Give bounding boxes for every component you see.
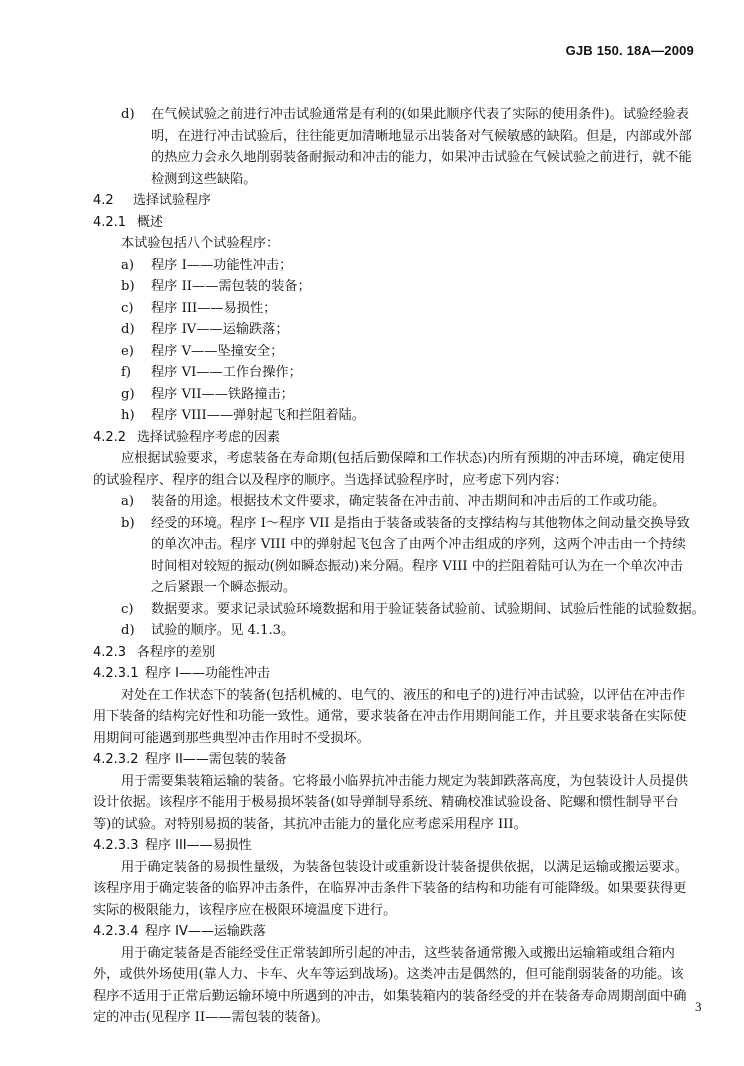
section-heading-4-2-3-3: 4.2.3.3程序 III——易损性 bbox=[93, 835, 699, 857]
item-label: g) bbox=[121, 384, 151, 406]
procedure-list: a)程序 I——功能性冲击； b)程序 II——需包装的装备； c)程序 III… bbox=[93, 255, 699, 427]
item-text: 程序 III——易损性； bbox=[151, 301, 276, 316]
section-title: 各程序的差别 bbox=[137, 645, 215, 660]
section-heading-4-2-3: 4.2.3各程序的差别 bbox=[93, 642, 699, 664]
list-item: h)程序 VIII——弹射起飞和拦阻着陆。 bbox=[93, 405, 699, 427]
section-heading-4-2-3-2: 4.2.3.2程序 II——需包装的装备 bbox=[93, 749, 699, 771]
section-heading-4-2-2: 4.2.2选择试验程序考虑的因素 bbox=[93, 427, 699, 449]
section-heading-4-2-3-4: 4.2.3.4程序 IV——运输跌落 bbox=[93, 921, 699, 943]
list-item: g)程序 VII——铁路撞击； bbox=[93, 384, 699, 406]
paragraph-text: 用期间可能遇到那些典型冲击作用时不受损坏。 bbox=[93, 728, 699, 750]
item-label: d) bbox=[121, 620, 151, 642]
list-item: e)程序 V——坠撞安全； bbox=[93, 341, 699, 363]
paragraph-text: 用下装备的结构完好性和功能一致性。通常，要求装备在冲击作用期间能工作，并且要求装… bbox=[93, 706, 699, 728]
paragraph-text: 该程序用于确定装备的临界冲击条件，在临界冲击条件下装备的结构和功能有可能降级。如… bbox=[93, 878, 699, 900]
item-text: 检测到这些缺陷。 bbox=[93, 169, 699, 191]
paragraph-text: 用于需要集装箱运输的装备。它将最小临界抗冲击能力规定为装卸跌落高度，为包装设计人… bbox=[93, 771, 699, 793]
page-number: 3 bbox=[695, 999, 702, 1015]
paragraph-text: 本试验包括八个试验程序： bbox=[93, 233, 699, 255]
item-label: a) bbox=[121, 255, 151, 277]
list-item: d)程序 IV——运输跌落； bbox=[93, 319, 699, 341]
section-title: 程序 II——需包装的装备 bbox=[145, 752, 287, 767]
item-text: 程序 II——需包装的装备； bbox=[151, 279, 311, 294]
section-number: 4.2.3.3 bbox=[93, 835, 145, 857]
paragraph-text: 应根据试验要求，考虑装备在寿命期(包括后勤保障和工作状态)内所有预期的冲击环境，… bbox=[93, 448, 699, 470]
paragraph-text: 的试验程序、程序的组合以及程序的顺序。当选择试验程序时，应考虑下列内容： bbox=[93, 470, 699, 492]
list-item: b)程序 II——需包装的装备； bbox=[93, 276, 699, 298]
section-number: 4.2 bbox=[93, 190, 133, 212]
paragraph-text: 实际的极限能力，该程序应在极限环境温度下进行。 bbox=[93, 900, 699, 922]
item-text: 经受的环境。程序 I～程序 VII 是指由于装备或装备的支撑结构与其他物体之间动… bbox=[151, 516, 690, 531]
item-label: d) bbox=[121, 104, 151, 126]
paragraph-text: 定的冲击(见程序 II——需包装的装备)。 bbox=[93, 1007, 699, 1029]
list-item: c)数据要求。要求记录试验环境数据和用于验证装备试验前、试验期间、试验后性能的试… bbox=[93, 599, 699, 621]
section-number: 4.2.3 bbox=[93, 642, 137, 664]
item-text: 时间相对较短的振动(例如瞬态振动)来分隔。程序 VIII 中的拦阻着陆可认为在一… bbox=[93, 556, 699, 578]
paragraph-text: 程序不适用于正常后勤运输环境中所遇到的冲击，如集装箱内的装备经受的并在装备寿命周… bbox=[93, 986, 699, 1008]
paragraph-text: 等)的试验。对特别易损的装备，其抗冲击能力的量化应考虑采用程序 III。 bbox=[93, 814, 699, 836]
paragraph-text: 用于确定装备是否能经受住正常装卸所引起的冲击，这些装备通常搬入或搬出运输箱或组合… bbox=[93, 943, 699, 965]
section-title: 概述 bbox=[137, 215, 163, 230]
item-label: f) bbox=[121, 362, 151, 384]
section-number: 4.2.3.4 bbox=[93, 921, 145, 943]
item-label: a) bbox=[121, 491, 151, 513]
paragraph-text: 对处在工作状态下的装备(包括机械的、电气的、液压的和电子的)进行冲击试验，以评估… bbox=[93, 685, 699, 707]
list-item-d-climate: d)在气候试验之前进行冲击试验通常是有利的(如果此顺序代表了实际的使用条件)。试… bbox=[93, 104, 699, 190]
list-item: b)经受的环境。程序 I～程序 VII 是指由于装备或装备的支撑结构与其他物体之… bbox=[93, 513, 699, 535]
section-number: 4.2.3.2 bbox=[93, 749, 145, 771]
item-text: 试验的顺序。见 4.1.3。 bbox=[151, 623, 294, 638]
list-item: a)程序 I——功能性冲击； bbox=[93, 255, 699, 277]
item-text: 在气候试验之前进行冲击试验通常是有利的(如果此顺序代表了实际的使用条件)。试验经… bbox=[151, 107, 689, 122]
section-title: 程序 III——易损性 bbox=[145, 838, 252, 853]
section-heading-4-2-3-1: 4.2.3.1程序 I——功能性冲击 bbox=[93, 663, 699, 685]
paragraph-text: 外，或供外场使用(靠人力、卡车、火车等运到战场)。这类冲击是偶然的，但可能削弱装… bbox=[93, 964, 699, 986]
list-item: a)装备的用途。根据技术文件要求，确定装备在冲击前、冲击期间和冲击后的工作或功能… bbox=[93, 491, 699, 513]
section-number: 4.2.3.1 bbox=[93, 663, 145, 685]
item-text: 数据要求。要求记录试验环境数据和用于验证装备试验前、试验期间、试验后性能的试验数… bbox=[151, 602, 705, 617]
item-text: 明，在进行冲击试验后，往往能更加清晰地显示出装备对气候敏感的缺陷。但是，内部或外… bbox=[93, 126, 699, 148]
section-number: 4.2.2 bbox=[93, 427, 137, 449]
item-text: 的热应力会永久地削弱装备耐振动和冲击的能力，如果冲击试验在气候试验之前进行，就不… bbox=[93, 147, 699, 169]
item-text: 程序 I——功能性冲击； bbox=[151, 258, 292, 273]
item-text: 的单次冲击。程序 VIII 中的弹射起飞包含了由两个冲击组成的序列，这两个冲击由… bbox=[93, 534, 699, 556]
item-label: b) bbox=[121, 513, 151, 535]
paragraph-text: 设计依据。该程序不能用于极易损坏装备(如导弹制导系统、精确校准试验设备、陀螺和惯… bbox=[93, 792, 699, 814]
document-code-header: GJB 150. 18A—2009 bbox=[566, 43, 694, 58]
item-text: 程序 VII——铁路撞击； bbox=[151, 387, 294, 402]
item-label: h) bbox=[121, 405, 151, 427]
list-item: d)试验的顺序。见 4.1.3。 bbox=[93, 620, 699, 642]
item-label: d) bbox=[121, 319, 151, 341]
item-label: c) bbox=[121, 599, 151, 621]
item-label: b) bbox=[121, 276, 151, 298]
item-text: 程序 V——坠撞安全； bbox=[151, 344, 283, 359]
item-text: 程序 IV——运输跌落； bbox=[151, 322, 289, 337]
section-number: 4.2.1 bbox=[93, 212, 137, 234]
item-text: 之后紧跟一个瞬态振动。 bbox=[93, 577, 699, 599]
item-text: 程序 VIII——弹射起飞和拦阻着陆。 bbox=[151, 408, 365, 423]
factor-list: a)装备的用途。根据技术文件要求，确定装备在冲击前、冲击期间和冲击后的工作或功能… bbox=[93, 491, 699, 642]
item-text: 装备的用途。根据技术文件要求，确定装备在冲击前、冲击期间和冲击后的工作或功能。 bbox=[151, 494, 665, 509]
paragraph-text: 用于确定装备的易损性量级，为装备包装设计或重新设计装备提供依据，以满足运输或搬运… bbox=[93, 857, 699, 879]
section-title: 选择试验程序考虑的因素 bbox=[137, 430, 280, 445]
document-body: d)在气候试验之前进行冲击试验通常是有利的(如果此顺序代表了实际的使用条件)。试… bbox=[93, 104, 699, 1029]
list-item: f)程序 VI——工作台操作； bbox=[93, 362, 699, 384]
item-text: 程序 VI——工作台操作； bbox=[151, 365, 302, 380]
item-label: e) bbox=[121, 341, 151, 363]
section-heading-4-2-1: 4.2.1概述 bbox=[93, 212, 699, 234]
section-title: 选择试验程序 bbox=[133, 193, 211, 208]
item-label: c) bbox=[121, 298, 151, 320]
section-heading-4-2: 4.2选择试验程序 bbox=[93, 190, 699, 212]
section-title: 程序 IV——运输跌落 bbox=[145, 924, 266, 939]
list-item: c)程序 III——易损性； bbox=[93, 298, 699, 320]
section-title: 程序 I——功能性冲击 bbox=[145, 666, 270, 681]
